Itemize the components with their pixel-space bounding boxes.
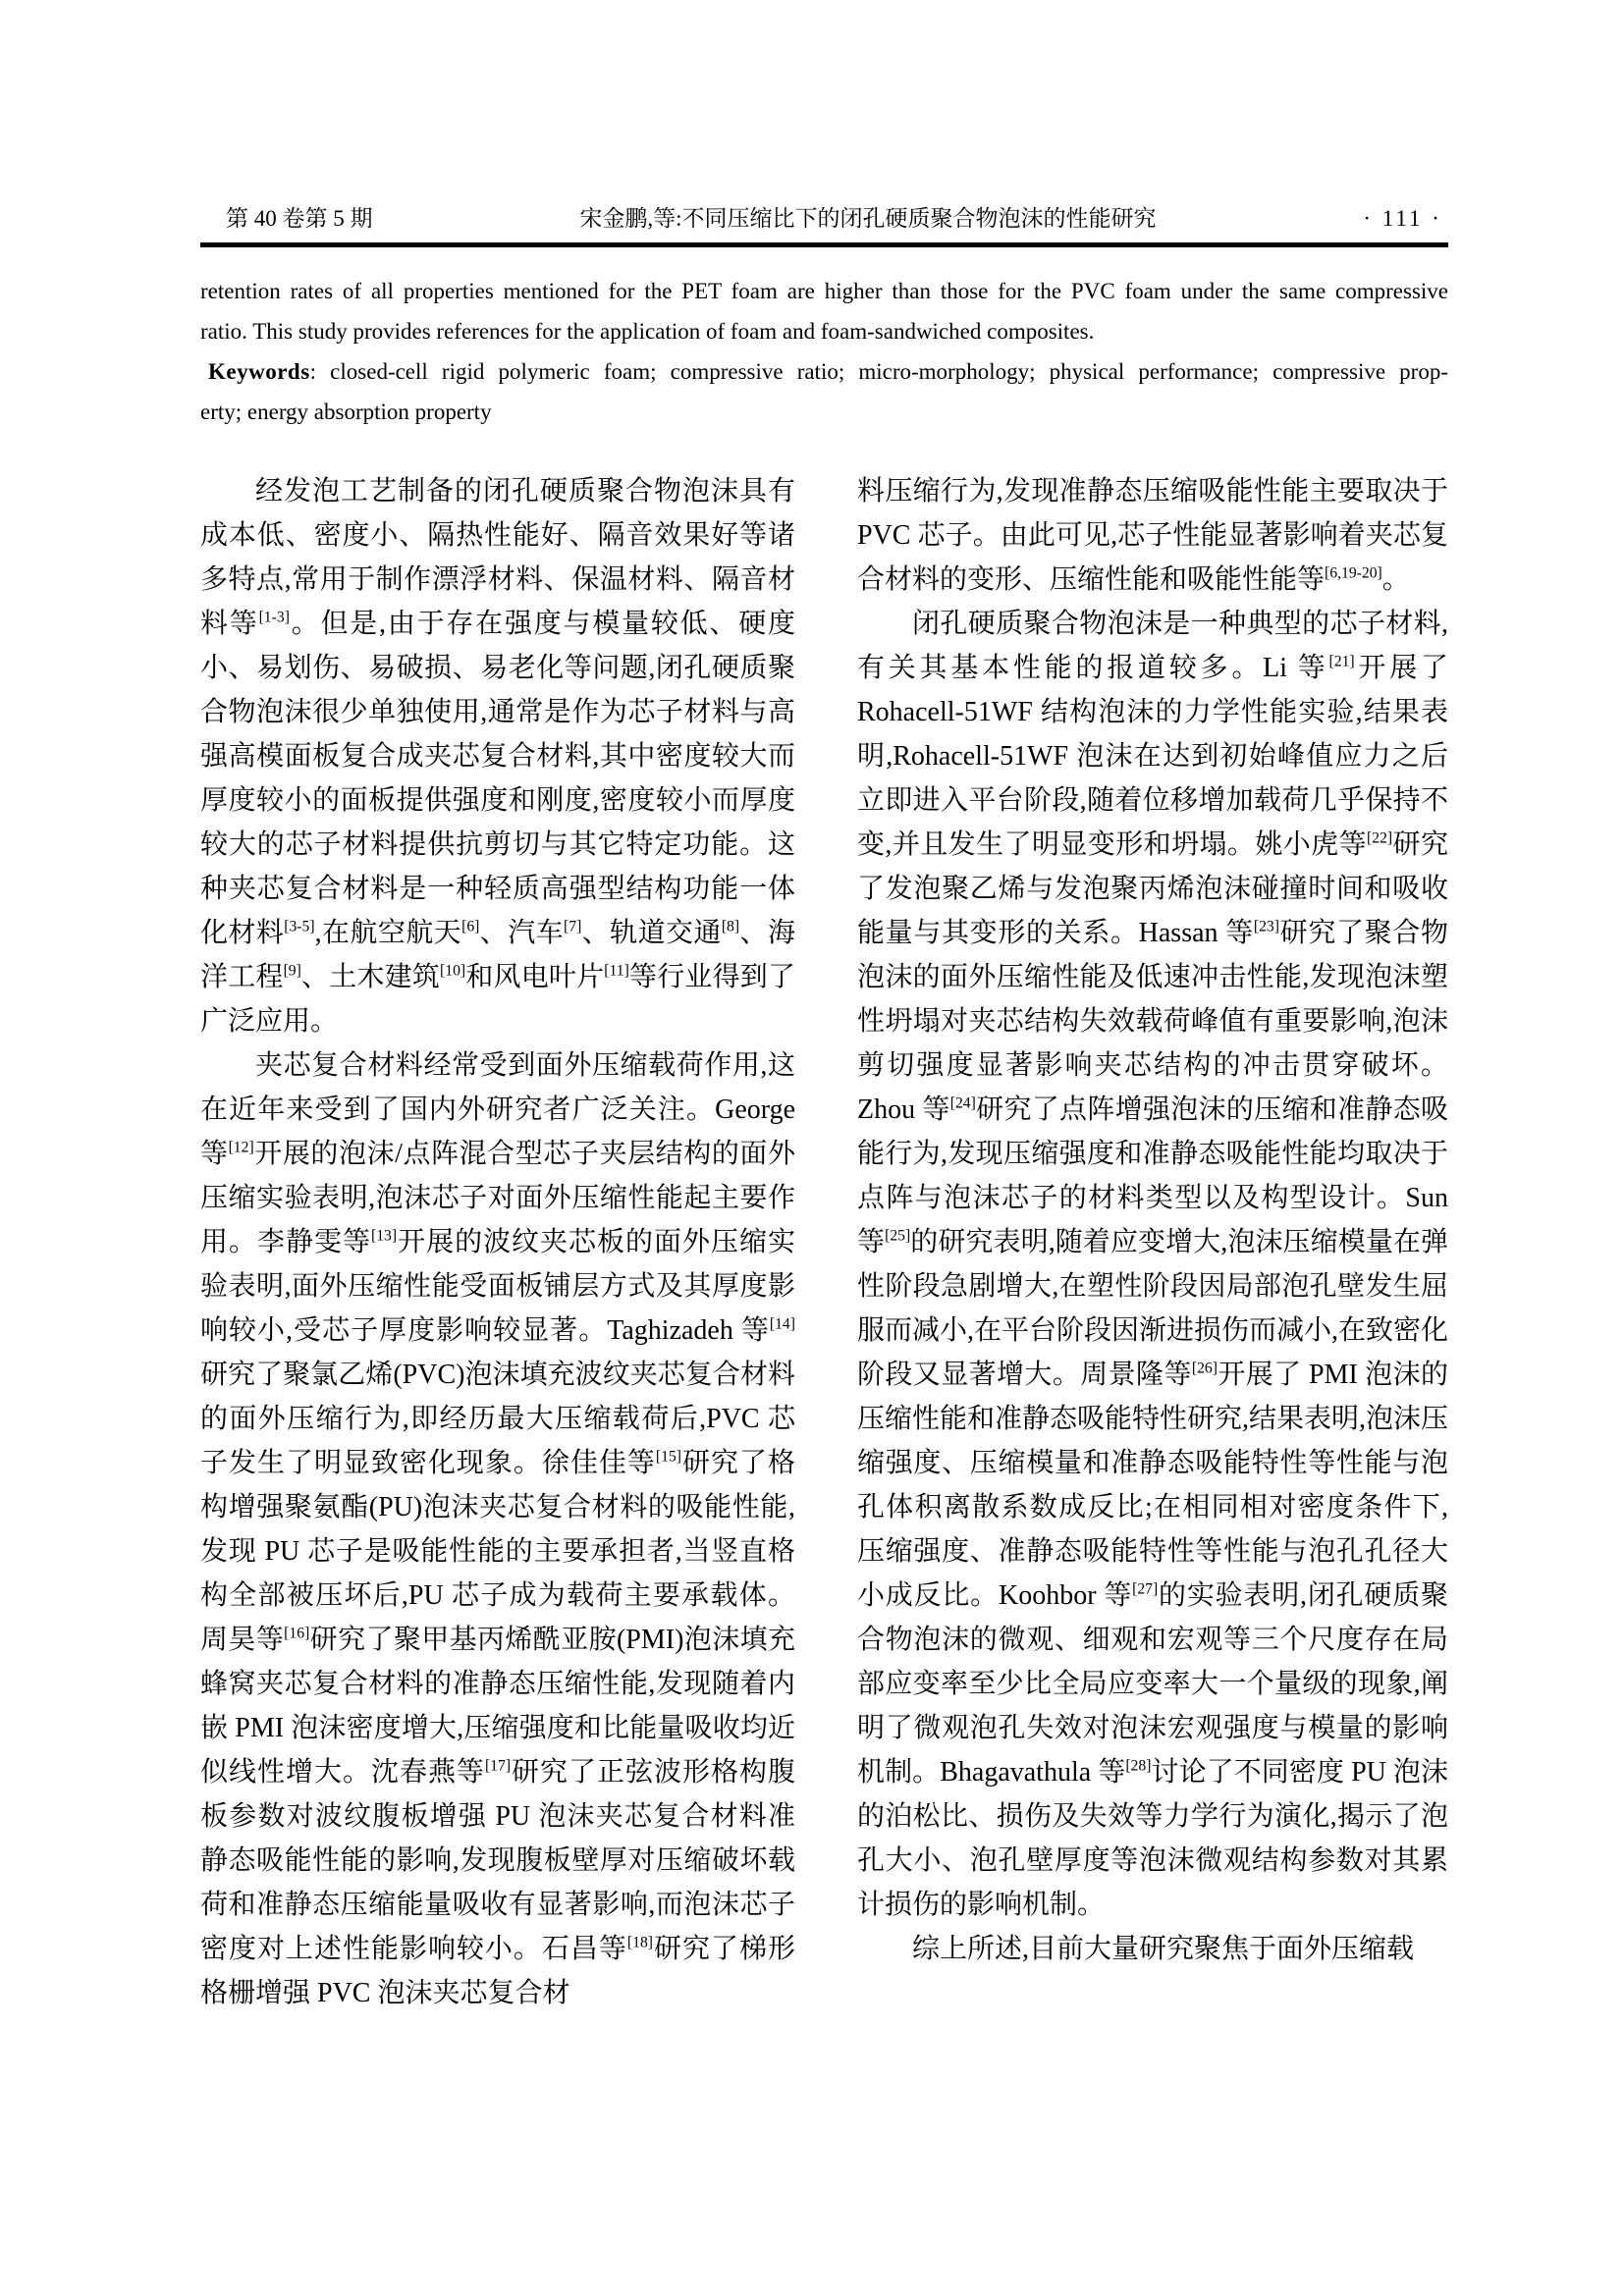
left-column: 经发泡工艺制备的闭孔硬质聚合物泡沫具有成本低、密度小、隔热性能好、隔音效果好等诸… [200,469,795,2015]
paragraph: 闭孔硬质聚合物泡沫是一种典型的芯子材料,有关其基本性能的报道较多。Li 等[21… [857,602,1448,1927]
page-number: · 111 · [1363,206,1448,232]
abstract-line-1: retention rates of all properties mentio… [200,271,1448,311]
paragraph: 经发泡工艺制备的闭孔硬质聚合物泡沫具有成本低、密度小、隔热性能好、隔音效果好等诸… [200,469,795,1043]
keywords-line-2: erty; energy absorption property [200,392,1448,432]
running-title: 宋金鹏,等:不同压缩比下的闭孔硬质聚合物泡沫的性能研究 [579,200,1156,233]
header-rule [200,242,1448,247]
page-header: 第 40 卷第 5 期 宋金鹏,等:不同压缩比下的闭孔硬质聚合物泡沫的性能研究 … [200,200,1448,233]
right-column: 料压缩行为,发现准静态压缩吸能性能主要取决于 PVC 芯子。由此可见,芯子性能显… [857,469,1448,1971]
page-content: 第 40 卷第 5 期 宋金鹏,等:不同压缩比下的闭孔硬质聚合物泡沫的性能研究 … [200,0,1448,2296]
volume-issue: 第 40 卷第 5 期 [200,200,373,233]
paragraph: 夹芯复合材料经常受到面外压缩载荷作用,这在近年来受到了国内外研究者广泛关注。Ge… [200,1043,795,2015]
keywords-line-1: Keywords: closed-cell rigid polymeric fo… [200,351,1448,392]
keywords-label: Keywords [208,359,310,384]
paragraph: 料压缩行为,发现准静态压缩吸能性能主要取决于 PVC 芯子。由此可见,芯子性能显… [857,469,1448,602]
paragraph: 综上所述,目前大量研究聚焦于面外压缩载 [857,1927,1448,1971]
abstract-line-2: ratio. This study provides references fo… [200,311,1448,351]
keywords-text: : closed-cell rigid polymeric foam; comp… [310,359,1448,384]
journal-page: 第 40 卷第 5 期 宋金鹏,等:不同压缩比下的闭孔硬质聚合物泡沫的性能研究 … [0,0,1624,2296]
abstract-keywords-block: retention rates of all properties mentio… [200,271,1448,432]
